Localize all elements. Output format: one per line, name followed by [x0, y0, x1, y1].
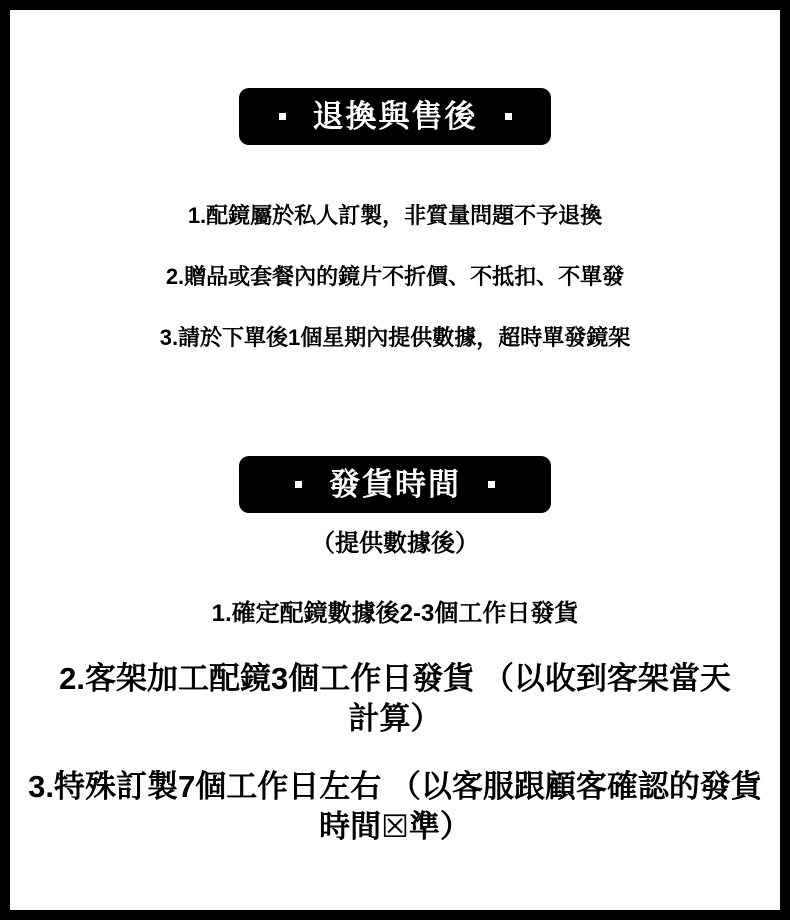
- shipping-time-subtitle: （提供數據後）: [10, 529, 780, 559]
- after-sales-rule-2: 2.贈品或套餐內的鏡片不折價、不抵扣、不單發: [10, 264, 780, 290]
- product-policy-image: 退換與售後 1.配鏡屬於私人訂製，非質量問題不予退換 2.贈品或套餐內的鏡片不折…: [0, 0, 790, 920]
- square-bullet-icon: [488, 481, 495, 488]
- shipping-time-banner: 發貨時間: [239, 456, 551, 513]
- shipping-time-section: 發貨時間 （提供數據後） 1.確定配鏡數據後2-3個工作日發貨 2.客架加工配鏡…: [10, 456, 780, 847]
- shipping-rule-2: 2.客架加工配鏡3個工作日發貨 （以收到客架當天 計算）: [10, 659, 780, 739]
- after-sales-banner: 退換與售後: [239, 88, 551, 145]
- shipping-rule-3: 3.特殊訂製7個工作日左右 （以客服跟顧客確認的發貨 時間☒準）: [10, 767, 780, 847]
- after-sales-rule-1: 1.配鏡屬於私人訂製，非質量問題不予退換: [10, 203, 780, 229]
- after-sales-rule-3: 3.請於下單後1個星期內提供數據，超時單發鏡架: [10, 325, 780, 351]
- shipping-time-title: 發貨時間: [329, 469, 461, 500]
- square-bullet-icon: [295, 481, 302, 488]
- square-bullet-icon: [279, 113, 286, 120]
- after-sales-title: 退換與售後: [313, 101, 478, 132]
- square-bullet-icon: [505, 113, 512, 120]
- shipping-rule-1: 1.確定配鏡數據後2-3個工作日發貨: [10, 599, 780, 629]
- after-sales-section: 退換與售後 1.配鏡屬於私人訂製，非質量問題不予退換 2.贈品或套餐內的鏡片不折…: [10, 88, 780, 351]
